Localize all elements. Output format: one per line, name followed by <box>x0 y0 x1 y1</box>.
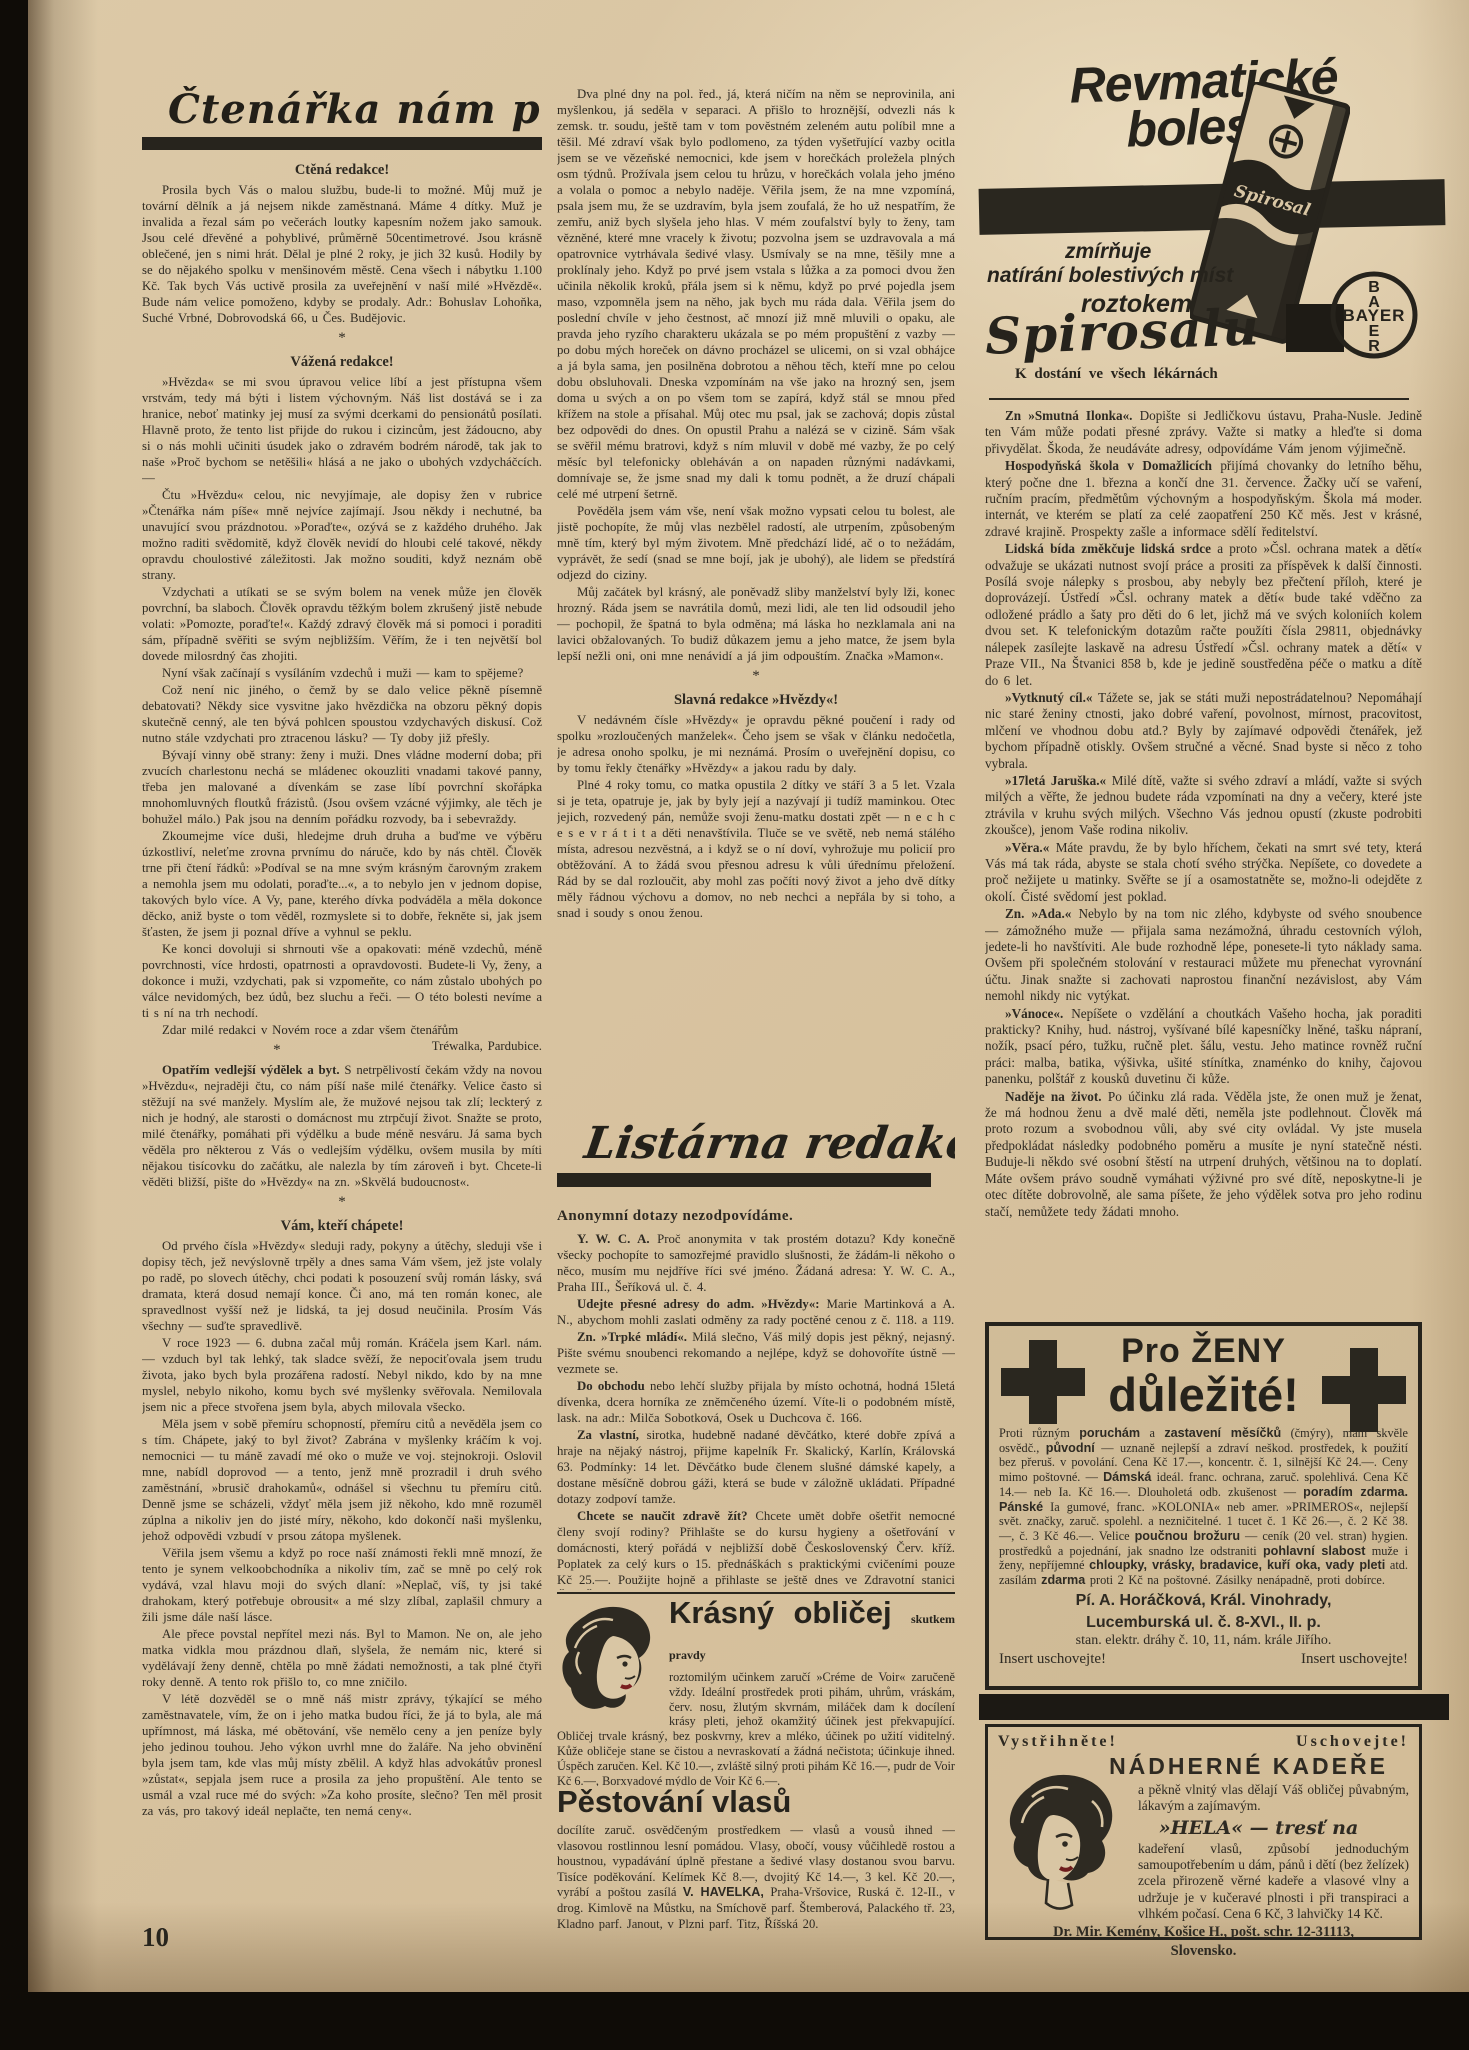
zeny-ad: Pro ŽENY důležité! Proti různým poruchám… <box>985 1322 1422 1690</box>
krasny-ad: Krásný obličej skutkem pravdy roztomilým… <box>557 1592 955 1786</box>
paragraph: Hospodyňská škola v Domažlicích přijímá … <box>985 458 1422 540</box>
paragraph-lead: Chcete se naučit zdravě žít? <box>577 1509 755 1523</box>
zeny-title-1: Pro ŽENY <box>1094 1332 1313 1371</box>
spirosal-footer: K dostání ve všech lékárnách <box>1015 366 1218 383</box>
signature-name: Tréwalka, Pardubice. <box>412 1038 542 1054</box>
listarna-title: Listárna redakce <box>581 1118 955 1169</box>
paragraph: Ale přece povstal nepřítel mezi nás. Byl… <box>142 1626 542 1690</box>
paragraph: Dva plné dny na pol. řed., já, která nič… <box>557 86 955 502</box>
paragraph-lead: Zn. »Trpké mládí«. <box>577 1330 692 1344</box>
star-separator: * <box>142 329 542 347</box>
column-masthead: Čtenářka nám píše ... <box>168 86 542 133</box>
paragraph-lead: Y. W. C. A. <box>577 1232 657 1246</box>
keep-note: Uschovejte! <box>1296 1733 1409 1751</box>
paragraph: »Věra.« Máte pravdu, že by bylo hříchem,… <box>985 840 1422 906</box>
paragraph: »17letá Jaruška.« Milé dítě, važte si sv… <box>985 773 1422 839</box>
listarna-items: Y. W. C. A. Proč anonymita v tak prostém… <box>557 1231 955 1590</box>
section-heading: Ctěná redakce! <box>142 162 542 179</box>
spirosal-brand: Spirosalu <box>984 297 1261 366</box>
hela-body: kadeření vlasů, způsobí jednoduchým samo… <box>1138 1841 1409 1922</box>
listarna-rule <box>557 1173 931 1187</box>
section-heading: Vám, kteří chápete! <box>142 1218 542 1235</box>
zeny-bold-run: původní <box>1046 1441 1095 1455</box>
zeny-bold-run: Dámská <box>1103 1470 1151 1484</box>
paragraph: Což není nic jiného, o čemž by se dalo v… <box>142 682 542 746</box>
signature-line: Zdar milé redakci v Novém roce a zdar vš… <box>142 1022 542 1038</box>
red-cross-icon <box>1001 1340 1085 1424</box>
bayer-logo: BAYER B A E R <box>1327 268 1421 362</box>
red-cross-icon <box>1322 1348 1406 1432</box>
paragraph: Udejte přesné adresy do adm. »Hvězdy«: M… <box>557 1296 955 1328</box>
paragraph: V roce 1923 — 6. dubna začal můj román. … <box>142 1335 542 1415</box>
paragraph: Chcete se naučit zdravě žít? Chcete umět… <box>557 1508 955 1590</box>
left-column-text: Ctěná redakce!Prosila bych Vás o malou s… <box>142 162 542 1819</box>
section-heading: Vážená redakce! <box>142 354 542 371</box>
pestovani-body: docílíte zaruč. osvědčeným prostředkem —… <box>557 1823 955 1932</box>
paragraph: V létě dozvěděl se o mně náš mistr zpráv… <box>142 1691 542 1819</box>
spirosal-ad: Revmatické bolesti Spirosal zmírňuje <box>985 56 1422 402</box>
paragraph-lead: »Věra.« <box>1005 840 1056 855</box>
paragraph-lead: Hospodyňská škola v Domažlicích <box>1005 458 1220 473</box>
paragraph: »Vánoce«. Nepíšete o vzdělání a choutkác… <box>985 1006 1422 1088</box>
paragraph: Prosila bych Vás o malou službu, bude-li… <box>142 182 542 326</box>
paragraph: Zn »Smutná Ilonka«. Dopište si Jedličkov… <box>985 408 1422 457</box>
page-number: 10 <box>142 1922 169 1953</box>
zeny-bold-run: zastavení měsíčků <box>1164 1426 1281 1440</box>
zeny-bold-run: poruchám <box>1079 1426 1140 1440</box>
pestovani-ad: Pěstování vlasů docílíte zaruč. osvědčen… <box>557 1784 955 1994</box>
middle-column-text: Dva plné dny na pol. řed., já, která nič… <box>557 86 955 1114</box>
section-heading: Slavná redakce »Hvězdy«! <box>557 692 955 709</box>
paragraph: Y. W. C. A. Proč anonymita v tak prostém… <box>557 1231 955 1295</box>
hela-ad: Vystřihněte! Uschovejte! NÁDHERNÉ KADEŘE… <box>985 1724 1422 1940</box>
listarna-section: Anonymní dotazy nezodpovídáme. Y. W. C. … <box>557 1208 955 1590</box>
bayer-v-a: A <box>1368 294 1380 311</box>
paragraph: Zn. »Trpké mládí«. Milá slečno, Váš milý… <box>557 1329 955 1377</box>
zeny-address-1: Pí. A. Horáčková, Král. Vinohrady, <box>999 1591 1408 1610</box>
paragraph-lead: Naděje na život. <box>1005 1089 1108 1104</box>
paragraph-lead: Udejte přesné adresy do adm. »Hvězdy«: <box>577 1297 826 1311</box>
paragraph-lead: Za vlastní, <box>577 1428 647 1442</box>
paragraph: Ke konci dovoluji si shrnouti vše a opak… <box>142 941 542 1021</box>
zeny-title-2: důležité! <box>1094 1367 1313 1422</box>
paragraph: Naděje na život. Po účinku zlá rada. Věd… <box>985 1089 1422 1220</box>
paragraph-lead: Zn. »Ada.« <box>1005 906 1078 921</box>
right-column: Revmatické bolesti Spirosal zmírňuje <box>985 56 1422 1994</box>
hela-intro: a pěkně vlnitý vlas dělají Váš obličej p… <box>1138 1782 1409 1814</box>
paragraph: Věřila jsem všemu a když po roce naší zn… <box>142 1545 542 1625</box>
krasny-title-text: Krásný obličej <box>669 1595 892 1630</box>
zeny-footer: Insert uschovejte! Insert uschovejte! <box>999 1651 1408 1668</box>
pestovani-title: Pěstování vlasů <box>557 1784 955 1820</box>
zeny-bold-run: pohlavní slabost <box>1263 1544 1366 1558</box>
paragraph: Vzdychati a utíkati se se svým bolem na … <box>142 584 542 664</box>
masthead-rule <box>142 137 542 150</box>
cut-out-note: Vystřihněte! <box>998 1733 1118 1751</box>
spirosal-rule <box>989 398 1409 400</box>
magazine-page: Čtenářka nám píše ... Ctěná redakce!Pros… <box>0 0 1469 2050</box>
hela-title: NÁDHERNÉ KADEŘE <box>1088 1753 1409 1780</box>
woman-face-illustration <box>557 1600 661 1716</box>
bayer-v-r: R <box>1368 338 1380 355</box>
paragraph-lead: Zn »Smutná Ilonka«. <box>1005 408 1140 423</box>
paragraph: Zkoumejme více duši, hledejme druh druha… <box>142 828 542 940</box>
listarna-note: Anonymní dotazy nezodpovídáme. <box>557 1208 955 1225</box>
hela-address: Dr. Mir. Kemény, Košice H., pošt. schr. … <box>998 1924 1409 1941</box>
paragraph: »Vytknutý cíl.« Tážete se, jak se státi … <box>985 690 1422 772</box>
star-separator: * <box>557 667 955 685</box>
paragraph: Čtu »Hvězdu« celou, nic nevyjímaje, ale … <box>142 487 542 583</box>
paragraph: Do obchodu nebo lehčí služby přijala by … <box>557 1378 955 1426</box>
pestovani-maker: V. HAVELKA, <box>683 1885 764 1899</box>
listarna-header: Listárna redakce <box>557 1118 955 1190</box>
hela-header: Vystřihněte! Uschovejte! <box>998 1733 1409 1751</box>
zeny-bold-run: poučnou brožuru <box>1135 1529 1240 1543</box>
insert-note-right: Insert uschovejte! <box>1301 1651 1408 1668</box>
hela-address-2: Slovensko. <box>998 1943 1409 1960</box>
paragraph: V nedávném čísle »Hvězdy« je opravdu pěk… <box>557 712 955 776</box>
paragraph: Nyní však začínají s vysíláním vzdechů i… <box>142 665 542 681</box>
paragraph: Lidská bída změkčuje lidská srdce a prot… <box>985 541 1422 689</box>
left-column: Čtenářka nám píše ... Ctěná redakce!Pros… <box>142 86 542 1908</box>
paragraph-lead: »17letá Jaruška.« <box>1005 773 1112 788</box>
paragraph: »Hvězda« se mi svou úpravou velice líbí … <box>142 374 542 486</box>
paragraph: Můj začátek byl krásný, ale poněvadž sli… <box>557 584 955 664</box>
paragraph: Opatřím vedlejší výdělek a byt. S netrpě… <box>142 1062 542 1190</box>
paragraph-lead: Opatřím vedlejší výdělek a byt. <box>162 1063 344 1077</box>
paragraph: Pověděla jsem vám vše, není však možno v… <box>557 503 955 583</box>
paragraph: Od prvého čísla »Hvězdy« sleduji rady, p… <box>142 1238 542 1334</box>
zeny-bold-run: zdarma <box>1041 1573 1085 1587</box>
paragraph: Plné 4 roky tomu, co matka opustila 2 dí… <box>557 777 955 921</box>
paragraph-lead: Lidská bída změkčuje lidská srdce <box>1005 541 1217 556</box>
paragraph-lead: »Vytknutý cíl.« <box>1005 690 1098 705</box>
signature-text: Zdar milé redakci v Novém roce a zdar vš… <box>162 1023 458 1037</box>
paragraph-lead: Do obchodu <box>577 1379 650 1393</box>
spirosal-line-2: natírání bolestivých míst <box>987 264 1233 288</box>
zeny-address-2: Lucemburská ul. č. 8-XVI., II. p. <box>999 1613 1408 1632</box>
paragraph: Za vlastní, sirotka, hudebně nadané děvč… <box>557 1427 955 1507</box>
paragraph: Zn. »Ada.« Nebylo by na tom nic zlého, k… <box>985 906 1422 1004</box>
star-separator: * <box>142 1193 542 1211</box>
zeny-body: Proti různým poruchám a zastavení měsíčk… <box>999 1426 1408 1588</box>
zeny-bold-run: Pánské <box>999 1500 1043 1514</box>
paragraph-lead: »Vánoce«. <box>1005 1006 1071 1021</box>
insert-note-left: Insert uschovejte! <box>999 1651 1106 1668</box>
hela-subtitle: »HELA« — tresť na <box>1108 1817 1409 1839</box>
middle-column: Dva plné dny na pol. řed., já, která nič… <box>557 86 955 1994</box>
zeny-bold-run: chloupky, vrásky, bradavice, kuří oka, v… <box>1089 1558 1385 1572</box>
woman-portrait-illustration <box>996 1767 1126 1917</box>
paragraph: Bývají vinny obě strany: ženy i muži. Dn… <box>142 747 542 827</box>
right-column-items: Zn »Smutná Ilonka«. Dopište si Jedličkov… <box>985 408 1422 1320</box>
paragraph: Měla jsem v sobě přemíru schopností, pře… <box>142 1416 542 1544</box>
zeny-bold-run: poradím zdarma. <box>1303 1485 1408 1499</box>
black-band <box>979 1694 1449 1720</box>
spirosal-line-1: zmírňuje <box>1065 240 1151 264</box>
zeny-address-3: stan. elektr. dráhy č. 10, 11, nám. král… <box>999 1632 1408 1649</box>
